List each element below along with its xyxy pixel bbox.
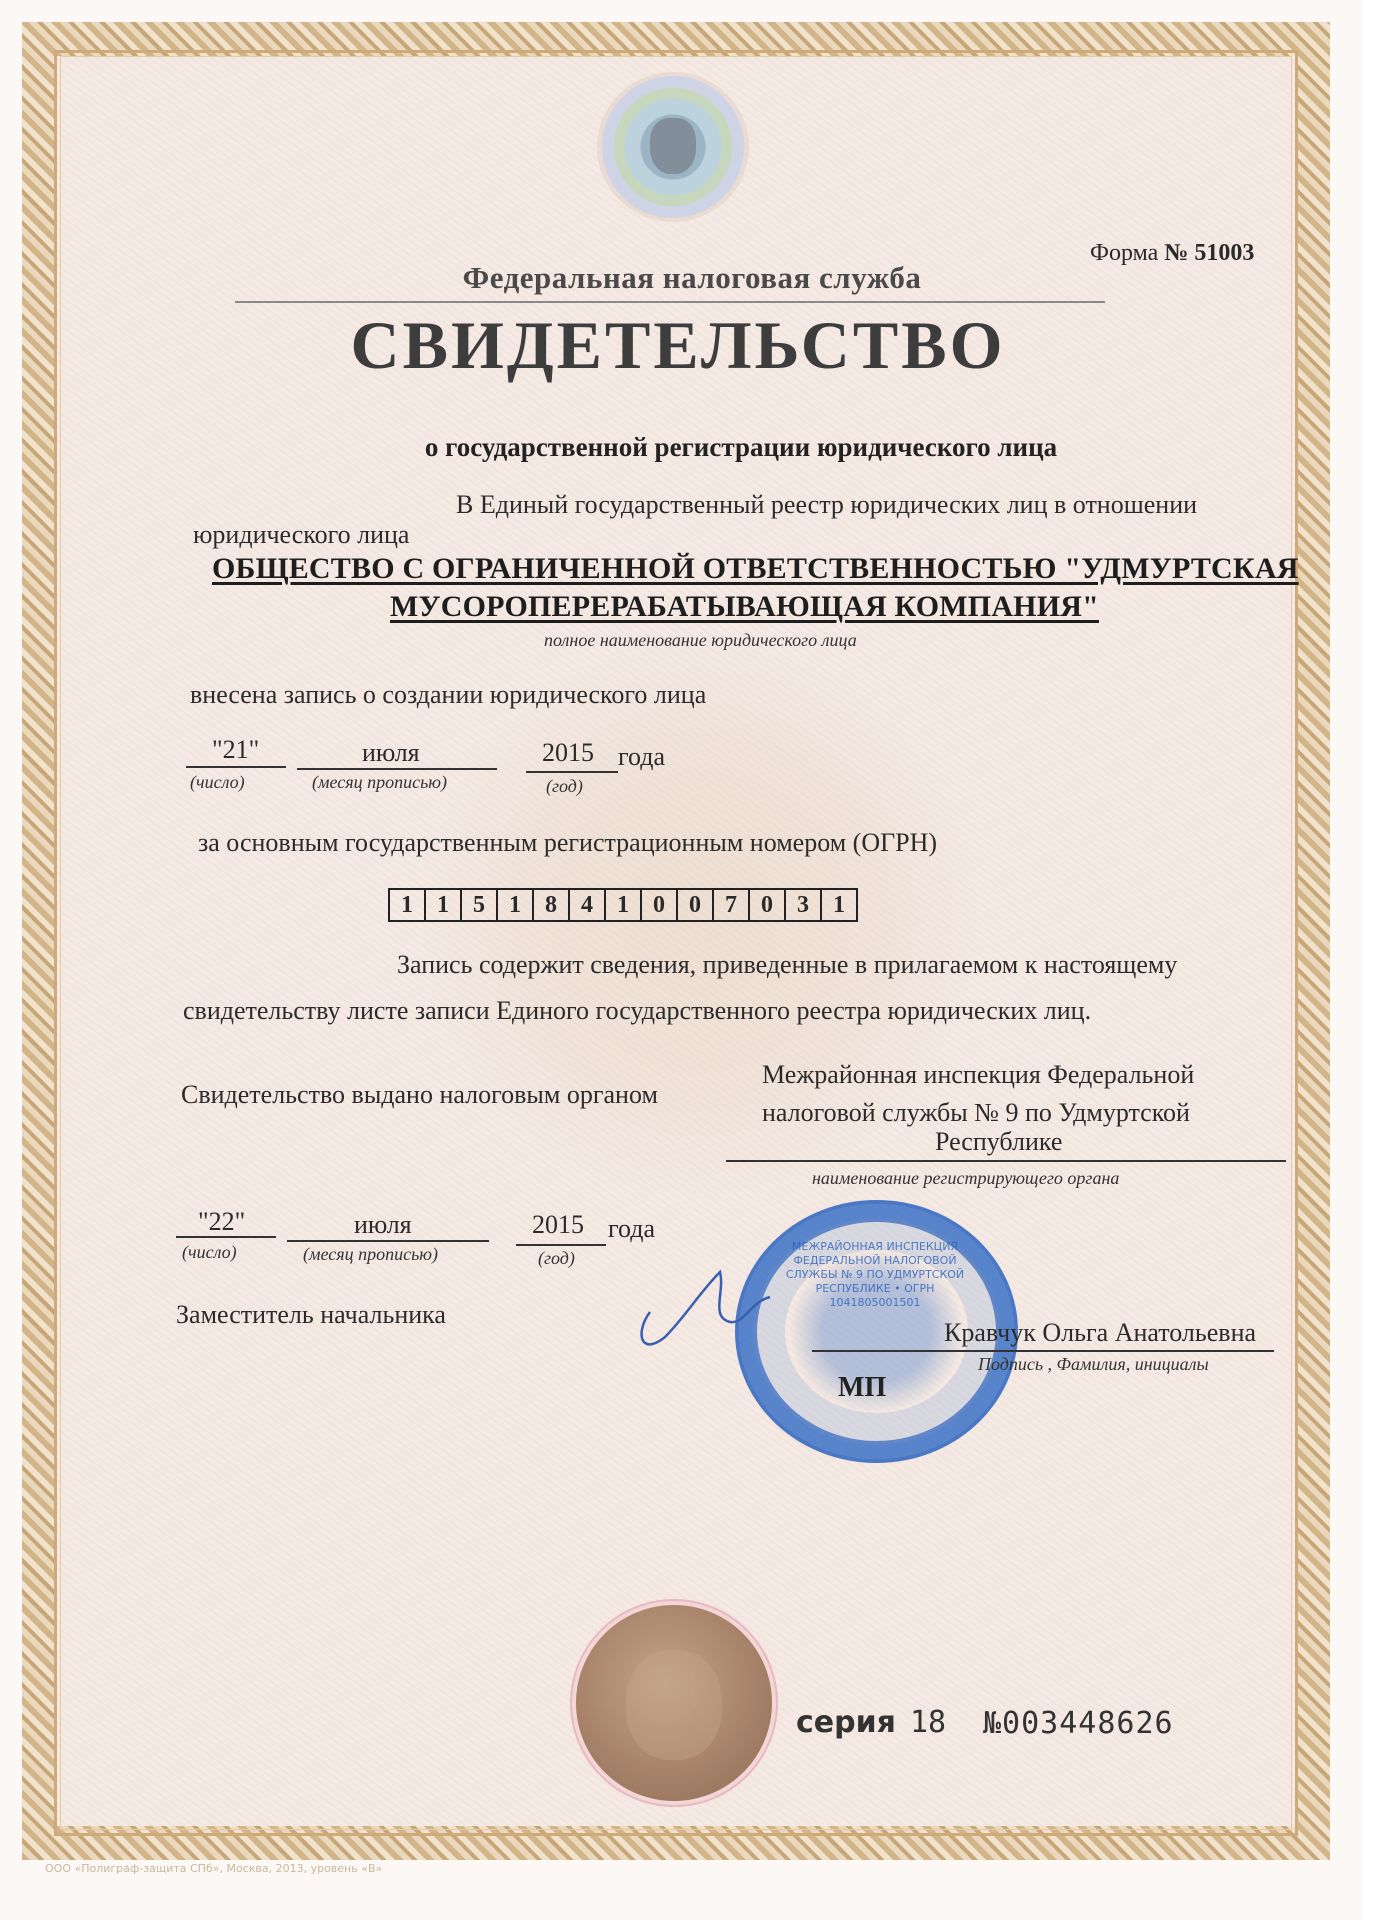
ogrn-digit: 5 bbox=[462, 890, 498, 920]
creation-year-caption: (год) bbox=[546, 776, 583, 797]
subtitle-text: о государственной регистрации юридическо… bbox=[425, 432, 1057, 463]
ogrn-digit: 1 bbox=[426, 890, 462, 920]
ogrn-number-grid: 1151841007031 bbox=[388, 888, 858, 922]
issue-month-line bbox=[287, 1240, 489, 1242]
record-line-1: Запись содержит сведения, приведенные в … bbox=[397, 950, 1177, 980]
month-line bbox=[297, 768, 497, 770]
issue-day-caption: (число) bbox=[182, 1242, 237, 1263]
issued-by-label: Свидетельство выдано налоговым органом bbox=[181, 1080, 658, 1110]
signer-name: Кравчук Ольга Анатольевна bbox=[944, 1318, 1256, 1348]
agency-divider bbox=[235, 301, 1105, 303]
company-caption: полное наименование юридического лица bbox=[544, 630, 857, 651]
entry-text: внесена запись о создании юридического л… bbox=[190, 680, 706, 710]
issue-day-line bbox=[176, 1236, 276, 1238]
ogrn-label: за основным государственным регистрацион… bbox=[198, 828, 937, 858]
issue-year-line bbox=[516, 1244, 606, 1246]
stamp-text: МЕЖРАЙОННАЯ ИНСПЕКЦИЯ ФЕДЕРАЛЬНОЙ НАЛОГО… bbox=[770, 1240, 980, 1310]
issue-year-caption: (год) bbox=[538, 1248, 575, 1269]
series-label: серия bbox=[796, 1705, 896, 1740]
stamp-place-mark: МП bbox=[838, 1372, 886, 1404]
signer-caption: Подпись , Фамилия, инициалы bbox=[978, 1354, 1209, 1375]
issue-month: июля bbox=[354, 1210, 412, 1240]
issuer-caption: наименование регистрирующего органа bbox=[812, 1168, 1119, 1189]
ogrn-digit: 3 bbox=[786, 890, 822, 920]
document-subtitle: о государственной регистрации юридическо… bbox=[0, 432, 1396, 463]
series-value: 18 bbox=[910, 1705, 946, 1740]
issue-day: "22" bbox=[198, 1207, 245, 1237]
document-title: СВИДЕТЕЛЬСТВО bbox=[0, 306, 1396, 385]
creation-month: июля bbox=[362, 738, 420, 768]
ogrn-digit: 1 bbox=[498, 890, 534, 920]
ogrn-digit: 1 bbox=[390, 890, 426, 920]
creation-year: 2015 bbox=[542, 738, 594, 768]
ogrn-digit: 1 bbox=[822, 890, 856, 920]
issuer-line-3: Республике bbox=[935, 1127, 1062, 1157]
record-line-2: свидетельству листе записи Единого госуд… bbox=[183, 996, 1091, 1026]
title-text: СВИДЕТЕЛЬСТВО bbox=[351, 306, 1006, 385]
ogrn-digit: 8 bbox=[534, 890, 570, 920]
printer-note: ООО «Полиграф-защита СПб», Москва, 2013,… bbox=[45, 1862, 382, 1875]
serial-number: №003448626 bbox=[983, 1706, 1174, 1741]
issuer-line-2: налоговой службы № 9 по Удмуртской bbox=[762, 1098, 1190, 1128]
company-name-line-2: МУСОРОПЕРЕРАБАТЫВАЮЩАЯ КОМПАНИЯ" bbox=[390, 590, 1099, 624]
agency-text: Федеральная налоговая служба bbox=[463, 260, 922, 296]
ogrn-digit: 1 bbox=[606, 890, 642, 920]
double-headed-eagle-icon bbox=[650, 118, 696, 174]
agency-name: Федеральная налоговая служба bbox=[0, 260, 1396, 296]
year-line bbox=[526, 771, 618, 773]
creation-year-suffix: года bbox=[618, 742, 665, 772]
ogrn-digit: 0 bbox=[678, 890, 714, 920]
issue-month-caption: (месяц прописью) bbox=[303, 1244, 438, 1265]
issuer-line bbox=[726, 1160, 1286, 1162]
signature-icon bbox=[630, 1262, 780, 1352]
company-name-line-1: ОБЩЕСТВО С ОГРАНИЧЕННОЙ ОТВЕТСТВЕННОСТЬЮ… bbox=[212, 552, 1299, 586]
seal-eagle-icon bbox=[626, 1650, 722, 1760]
ogrn-digit: 0 bbox=[750, 890, 786, 920]
intro-line-1: В Единый государственный реестр юридичес… bbox=[456, 490, 1197, 520]
issue-year: 2015 bbox=[532, 1210, 584, 1240]
ogrn-digit: 0 bbox=[642, 890, 678, 920]
intro-line-2: юридического лица bbox=[193, 520, 409, 550]
issue-year-suffix: года bbox=[608, 1214, 655, 1244]
day-line bbox=[186, 766, 286, 768]
creation-day: "21" bbox=[212, 735, 259, 765]
creation-month-caption: (месяц прописью) bbox=[312, 772, 447, 793]
issuer-line-1: Межрайонная инспекция Федеральной bbox=[762, 1060, 1194, 1090]
signer-line bbox=[812, 1350, 1274, 1352]
ogrn-digit: 4 bbox=[570, 890, 606, 920]
ogrn-digit: 7 bbox=[714, 890, 750, 920]
signer-position: Заместитель начальника bbox=[176, 1300, 446, 1330]
creation-day-caption: (число) bbox=[190, 772, 245, 793]
